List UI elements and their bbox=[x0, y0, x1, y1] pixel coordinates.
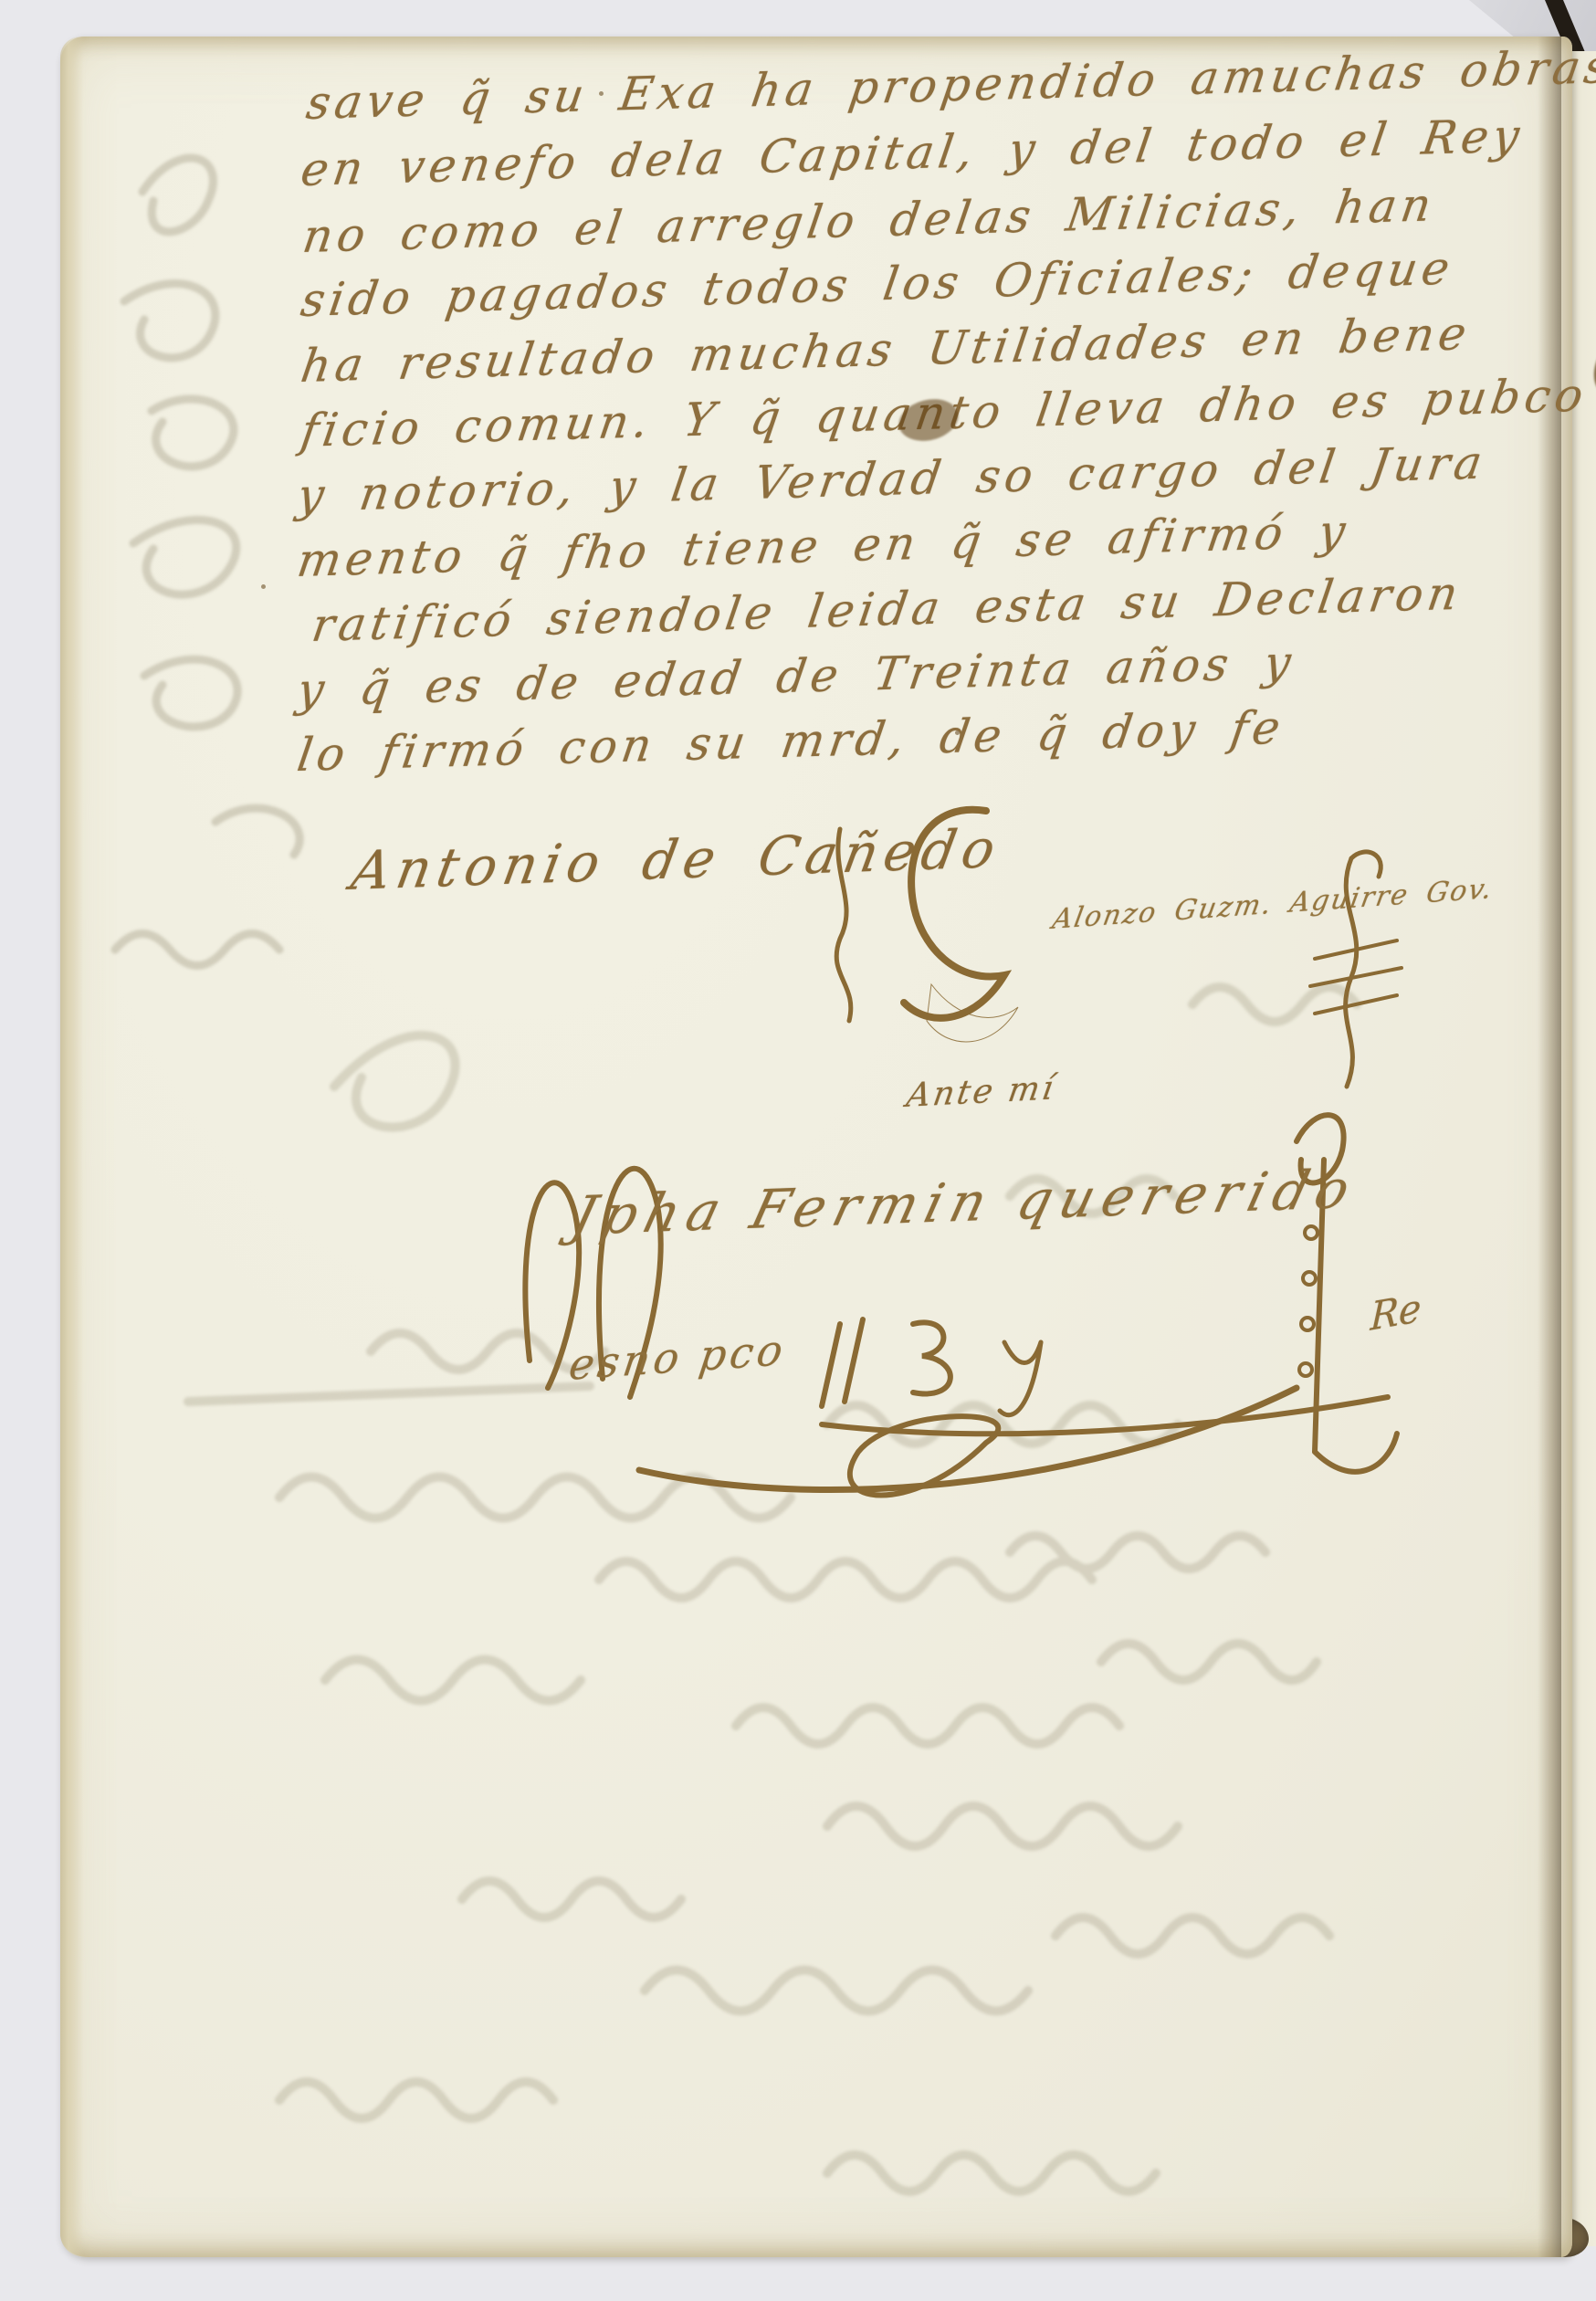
scan-stage: save q̃ su Exa ha propendido amuchas obr… bbox=[0, 0, 1596, 2301]
manuscript-page: save q̃ su Exa ha propendido amuchas obr… bbox=[60, 37, 1572, 2257]
ink-speck bbox=[955, 730, 960, 735]
ink-speck bbox=[261, 584, 266, 589]
notary-suffix-mark: Re bbox=[1370, 1285, 1422, 1340]
escribano-rubric-marks bbox=[785, 1287, 1424, 1443]
ink-speck bbox=[599, 91, 604, 96]
rubric-flourish bbox=[822, 793, 1077, 1066]
signature-paraph-flourish bbox=[1278, 849, 1415, 1096]
scanned-document-viewport: { "scan": { "background_color": "#e8e8ec… bbox=[0, 0, 1596, 2301]
